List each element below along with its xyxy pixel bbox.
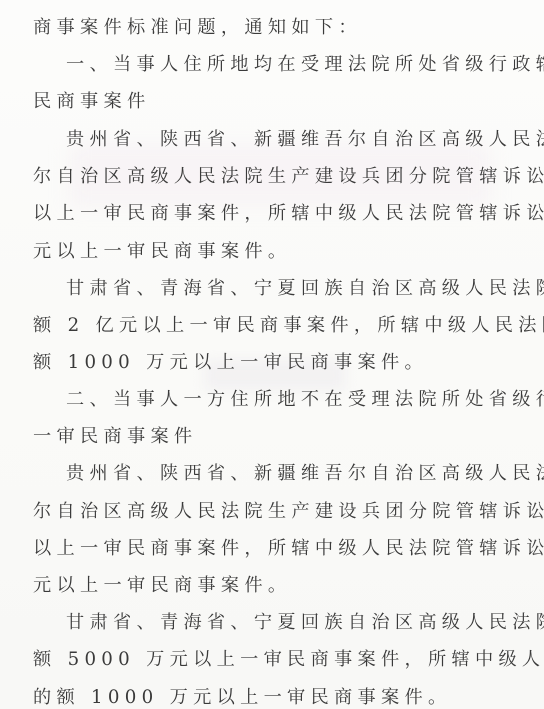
section-heading-one-cont: 民商事案件 [33,90,489,114]
paragraph-line: 额 5000 万元以上一审民商事案件，所辖中级人民法院管辖诉讼标 [33,648,489,672]
paragraph-line: 甘肃省、青海省、宁夏回族自治区高级人民法院管辖诉讼标的 [66,277,489,301]
paragraph-line: 元以上一审民商事案件。 [33,574,489,598]
paragraph-line: 以上一审民商事案件，所辖中级人民法院管辖诉讼标的额 3000 万 [33,202,489,226]
text-line-continuation: 商事案件标准问题，通知如下： [33,16,489,40]
section-heading-two: 二、当事人一方住所地不在受理法院所处省级行政辖区的第 [66,388,489,412]
paragraph-line: 额 1000 万元以上一审民商事案件。 [33,351,489,375]
paragraph-line: 贵州省、陕西省、新疆维吾尔自治区高级人民法院和新疆维吾 [66,462,489,486]
scanned-document-page: 商事案件标准问题，通知如下： 一、当事人住所地均在受理法院所处省级行政辖区的第一… [0,0,544,709]
section-heading-two-cont: 一审民商事案件 [33,425,489,449]
paragraph-line: 的额 1000 万元以上一审民商事案件。 [33,686,489,709]
paragraph-line: 贵州省、陕西省、新疆维吾尔自治区高级人民法院和新疆维吾 [66,128,489,152]
section-heading-one: 一、当事人住所地均在受理法院所处省级行政辖区的第一审 [66,53,489,77]
paragraph-line: 元以上一审民商事案件。 [33,240,489,264]
paragraph-line: 甘肃省、青海省、宁夏回族自治区高级人民法院管辖诉讼标的 [66,611,489,635]
paragraph-line: 尔自治区高级人民法院生产建设兵团分院管辖诉讼标的额 3 亿元 [33,165,489,189]
paragraph-line: 额 2 亿元以上一审民商事案件，所辖中级人民法院管辖诉讼标的 [33,314,489,338]
paragraph-line: 尔自治区高级人民法院生产建设兵团分院管辖诉讼标的额 1 亿元 [33,500,489,524]
paragraph-line: 以上一审民商事案件，所辖中级人民法院管辖诉讼标的额 2000 万 [33,537,489,561]
